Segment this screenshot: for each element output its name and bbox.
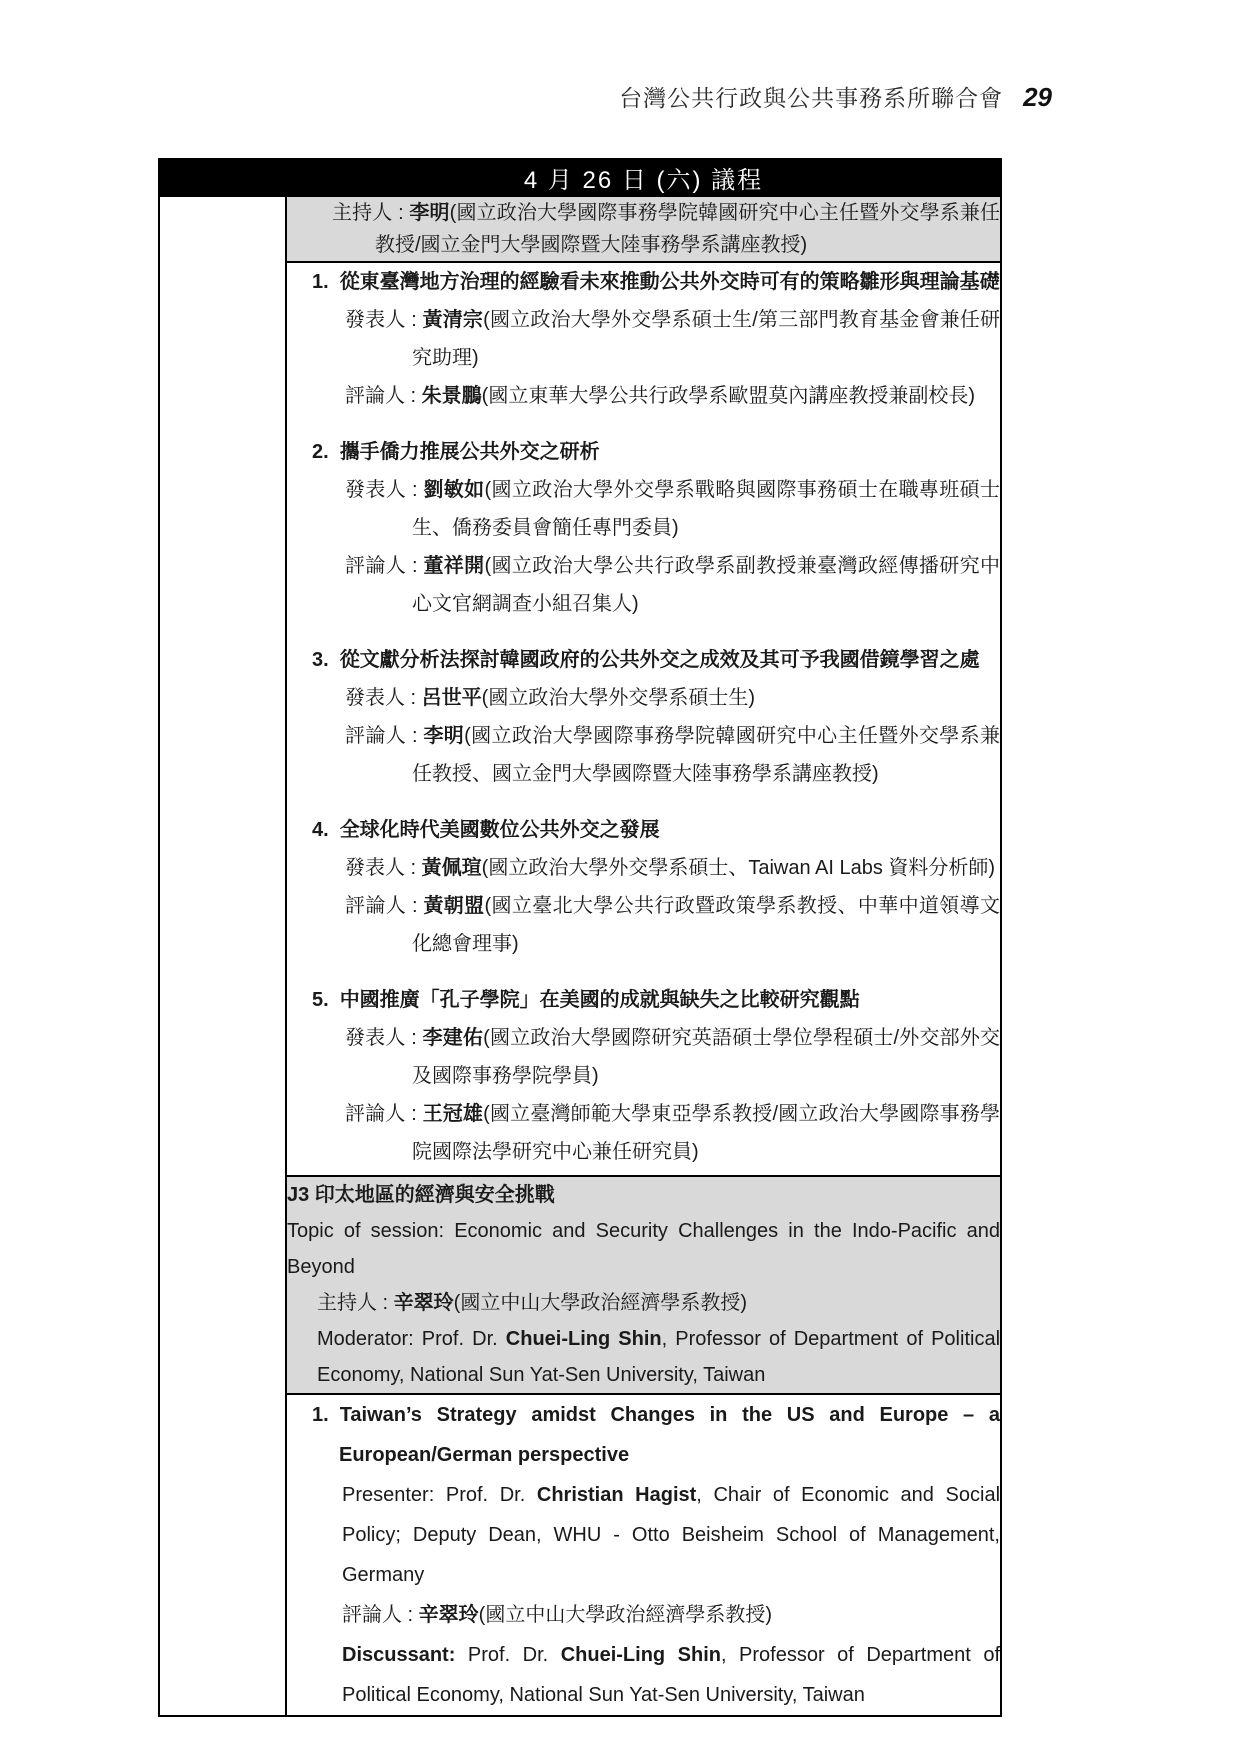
date-header: 4 月 26 日 (六) 議程 (286, 159, 1001, 196)
j3-papers-row: 1.Taiwan’s Strategy amidst Changes in th… (159, 1394, 1001, 1716)
paper-title: 4.全球化時代美國數位公共外交之發展 (287, 811, 1000, 849)
line-prefix: Presenter: Prof. Dr. (342, 1484, 537, 1506)
role-label: 發表人 : (345, 687, 422, 709)
date-row-left-cell (159, 159, 286, 196)
j3-session-row: J3 印太地區的經濟與安全挑戰 Topic of session: Econom… (159, 1176, 1001, 1394)
agenda-table: 4 月 26 日 (六) 議程 主持人 : 李明(國立政治大學國際事務學院韓國研… (158, 158, 1002, 1717)
discussant-name: 黃朝盟 (423, 895, 484, 917)
item-number: 2. (312, 441, 329, 463)
papers-row: 1.從東臺灣地方治理的經驗看未來推動公共外交時可有的策略雛形與理論基礎 發表人 … (159, 262, 1001, 1176)
role-label: 評論人 : (345, 385, 422, 407)
discussant-line: 評論人 : 董祥開(國立政治大學公共行政學系副教授兼臺灣政經傳播研究中心文官網調… (287, 547, 1000, 623)
presenter-line: Presenter: Prof. Dr. Christian Hagist, C… (287, 1475, 1000, 1595)
paper-title-text: 攜手僑力推展公共外交之研析 (340, 441, 600, 463)
paper-title-text: 從文獻分析法探討韓國政府的公共外交之成效及其可予我國借鏡學習之處 (340, 649, 980, 671)
chair-name: 辛翠玲 (394, 1292, 454, 1314)
presenter-name: 呂世平 (422, 687, 482, 709)
j3-agenda-item-1: 1.Taiwan’s Strategy amidst Changes in th… (287, 1395, 1000, 1715)
discussant-name: 李明 (423, 725, 464, 747)
paper-title-text: 全球化時代美國數位公共外交之發展 (340, 819, 660, 841)
presenter-name: 劉敏如 (423, 479, 484, 501)
discussant-name: 辛翠玲 (419, 1604, 479, 1626)
papers-cell: 1.從東臺灣地方治理的經驗看未來推動公共外交時可有的策略雛形與理論基礎 發表人 … (286, 262, 1001, 1176)
chair-name: 李明 (409, 202, 449, 224)
paper-title: 1.Taiwan’s Strategy amidst Changes in th… (287, 1395, 1000, 1475)
role-label: 評論人 : (345, 725, 423, 747)
presenter-name: Christian Hagist (537, 1484, 696, 1506)
j3-topic-en: Topic of session: Economic and Security … (287, 1213, 1000, 1285)
presenter-line: 發表人 : 劉敏如(國立政治大學外交學系戰略與國際事務碩士在職專班碩士生、僑務委… (287, 471, 1000, 547)
session-chair-line: 主持人 : 李明(國立政治大學國際事務學院韓國研究中心主任暨外交學系兼任教授/國… (287, 197, 1000, 261)
j3-session-cell: J3 印太地區的經濟與安全挑戰 Topic of session: Econom… (286, 1176, 1001, 1394)
presenter-line: 發表人 : 呂世平(國立政治大學外交學系碩士生) (287, 679, 1000, 717)
chair-affiliation: (國立政治大學國際事務學院韓國研究中心主任暨外交學系兼任教授/國立金門大學國際暨… (375, 202, 1000, 256)
j3-session-title: J3 印太地區的經濟與安全挑戰 (287, 1177, 1000, 1213)
item-number: 5. (312, 989, 329, 1011)
discussant-affiliation: (國立臺北大學公共行政暨政策學系教授、中華中道領導文化總會理事) (412, 895, 1000, 955)
discussant-affiliation: (國立臺灣師範大學東亞學系教授/國立政治大學國際事務學院國際法學研究中心兼任研究… (412, 1103, 1000, 1163)
presenter-name: 李建佑 (423, 1027, 484, 1049)
role-label: 評論人 : (345, 1103, 423, 1125)
role-label: 發表人 : (345, 309, 423, 331)
date-header-row: 4 月 26 日 (六) 議程 (159, 159, 1001, 196)
item-number: 1. (312, 1404, 329, 1426)
chair-affiliation: (國立中山大學政治經濟學系教授) (454, 1292, 747, 1314)
discussant-line: 評論人 : 黃朝盟(國立臺北大學公共行政暨政策學系教授、中華中道領導文化總會理事… (287, 887, 1000, 963)
organization-title: 台灣公共行政與公共事務系所聯合會 (619, 85, 1003, 111)
role-label: 發表人 : (345, 1027, 423, 1049)
item-number: 4. (312, 819, 329, 841)
discussant-affiliation: (國立政治大學公共行政學系副教授兼臺灣政經傳播研究中心文官網調查小組召集人) (412, 555, 1000, 615)
discussant-name: Chuei-Ling Shin (561, 1644, 721, 1666)
line-bold-prefix: Discussant: (342, 1644, 455, 1666)
role-label: 發表人 : (345, 479, 423, 501)
role-label: 評論人 : (345, 895, 423, 917)
role-label: 評論人 : (345, 555, 423, 577)
j3-chair-line: 主持人 : 辛翠玲(國立中山大學政治經濟學系教授) (287, 1285, 1000, 1321)
paper-title-text: 從東臺灣地方治理的經驗看未來推動公共外交時可有的策略雛形與理論基礎 (340, 271, 1000, 293)
presenter-affiliation: (國立政治大學國際研究英語碩士學位學程碩士/外交部外交及國際事務學院學員) (412, 1027, 1000, 1087)
role-label: 發表人 : (345, 857, 422, 879)
discussant-name: 朱景鵬 (422, 385, 482, 407)
discussant-affiliation: (國立政治大學國際事務學院韓國研究中心主任暨外交學系兼任教授、國立金門大學國際暨… (412, 725, 1000, 785)
j3-papers-cell: 1.Taiwan’s Strategy amidst Changes in th… (286, 1394, 1001, 1716)
discussant-line: 評論人 : 朱景鵬(國立東華大學公共行政學系歐盟莫內講座教授兼副校長) (287, 377, 1000, 415)
discussant-line-zh: 評論人 : 辛翠玲(國立中山大學政治經濟學系教授) (287, 1595, 1000, 1635)
item-number: 3. (312, 649, 329, 671)
discussant-name: 王冠雄 (423, 1103, 484, 1125)
presenter-line: 發表人 : 黃清宗(國立政治大學外交學系碩士生/第三部門教育基金會兼任研究助理) (287, 301, 1000, 377)
agenda-item-3: 3.從文獻分析法探討韓國政府的公共外交之成效及其可予我國借鏡學習之處 發表人 :… (287, 641, 1000, 793)
paper-title-text: 中國推廣「孔子學院」在美國的成就與缺失之比較研究觀點 (340, 989, 860, 1011)
item-number: 1. (312, 271, 329, 293)
discussant-line-en: Discussant: Prof. Dr. Chuei-Ling Shin, P… (287, 1635, 1000, 1715)
chair-label: 主持人 : (332, 202, 409, 224)
agenda-item-1: 1.從東臺灣地方治理的經驗看未來推動公共外交時可有的策略雛形與理論基礎 發表人 … (287, 263, 1000, 415)
paper-title: 5.中國推廣「孔子學院」在美國的成就與缺失之比較研究觀點 (287, 981, 1000, 1019)
page-number: 29 (1023, 82, 1052, 112)
presenter-affiliation: (國立政治大學外交學系碩士生) (482, 687, 755, 709)
presenter-line: 發表人 : 黃佩瑄(國立政治大學外交學系碩士、Taiwan AI Labs 資料… (287, 849, 1000, 887)
agenda-item-4: 4.全球化時代美國數位公共外交之發展 發表人 : 黃佩瑄(國立政治大學外交學系碩… (287, 811, 1000, 963)
presenter-affiliation: (國立政治大學外交學系戰略與國際事務碩士在職專班碩士生、僑務委員會簡任專門委員) (412, 479, 1000, 539)
presenter-name: 黃佩瑄 (422, 857, 482, 879)
j3-moderator-line: Moderator: Prof. Dr. Chuei-Ling Shin, Pr… (287, 1321, 1000, 1393)
line-prefix: Prof. Dr. (455, 1644, 560, 1666)
document-page: 台灣公共行政與公共事務系所聯合會29 4 月 26 日 (六) 議程 主持人 :… (0, 0, 1241, 1755)
moderator-name: Chuei-Ling Shin (506, 1328, 662, 1350)
page-header: 台灣公共行政與公共事務系所聯合會29 (0, 80, 1052, 113)
session-chair-cell: 主持人 : 李明(國立政治大學國際事務學院韓國研究中心主任暨外交學系兼任教授/國… (286, 196, 1001, 262)
discussant-line: 評論人 : 李明(國立政治大學國際事務學院韓國研究中心主任暨外交學系兼任教授、國… (287, 717, 1000, 793)
chair-label: 主持人 : (317, 1292, 394, 1314)
discussant-name: 董祥開 (423, 555, 484, 577)
discussant-affiliation: (國立東華大學公共行政學系歐盟莫內講座教授兼副校長) (482, 385, 975, 407)
agenda-item-5: 5.中國推廣「孔子學院」在美國的成就與缺失之比較研究觀點 發表人 : 李建佑(國… (287, 981, 1000, 1171)
presenter-name: 黃清宗 (423, 309, 484, 331)
discussant-affiliation: (國立中山大學政治經濟學系教授) (479, 1604, 772, 1626)
paper-title: 3.從文獻分析法探討韓國政府的公共外交之成效及其可予我國借鏡學習之處 (287, 641, 1000, 679)
moderator-prefix: Moderator: Prof. Dr. (317, 1328, 506, 1350)
session-chair-row: 主持人 : 李明(國立政治大學國際事務學院韓國研究中心主任暨外交學系兼任教授/國… (159, 196, 1001, 262)
paper-title: 1.從東臺灣地方治理的經驗看未來推動公共外交時可有的策略雛形與理論基礎 (287, 263, 1000, 301)
discussant-line: 評論人 : 王冠雄(國立臺灣師範大學東亞學系教授/國立政治大學國際事務學院國際法… (287, 1095, 1000, 1171)
presenter-affiliation: (國立政治大學外交學系碩士生/第三部門教育基金會兼任研究助理) (412, 309, 1000, 369)
presenter-affiliation: (國立政治大學外交學系碩士、Taiwan AI Labs 資料分析師) (482, 857, 995, 879)
paper-title: 2.攜手僑力推展公共外交之研析 (287, 433, 1000, 471)
agenda-item-2: 2.攜手僑力推展公共外交之研析 發表人 : 劉敏如(國立政治大學外交學系戰略與國… (287, 433, 1000, 623)
left-spacer-column (159, 196, 286, 1716)
role-label: 評論人 : (342, 1604, 419, 1626)
presenter-line: 發表人 : 李建佑(國立政治大學國際研究英語碩士學位學程碩士/外交部外交及國際事… (287, 1019, 1000, 1095)
paper-title-text: Taiwan’s Strategy amidst Changes in the … (339, 1404, 1000, 1466)
